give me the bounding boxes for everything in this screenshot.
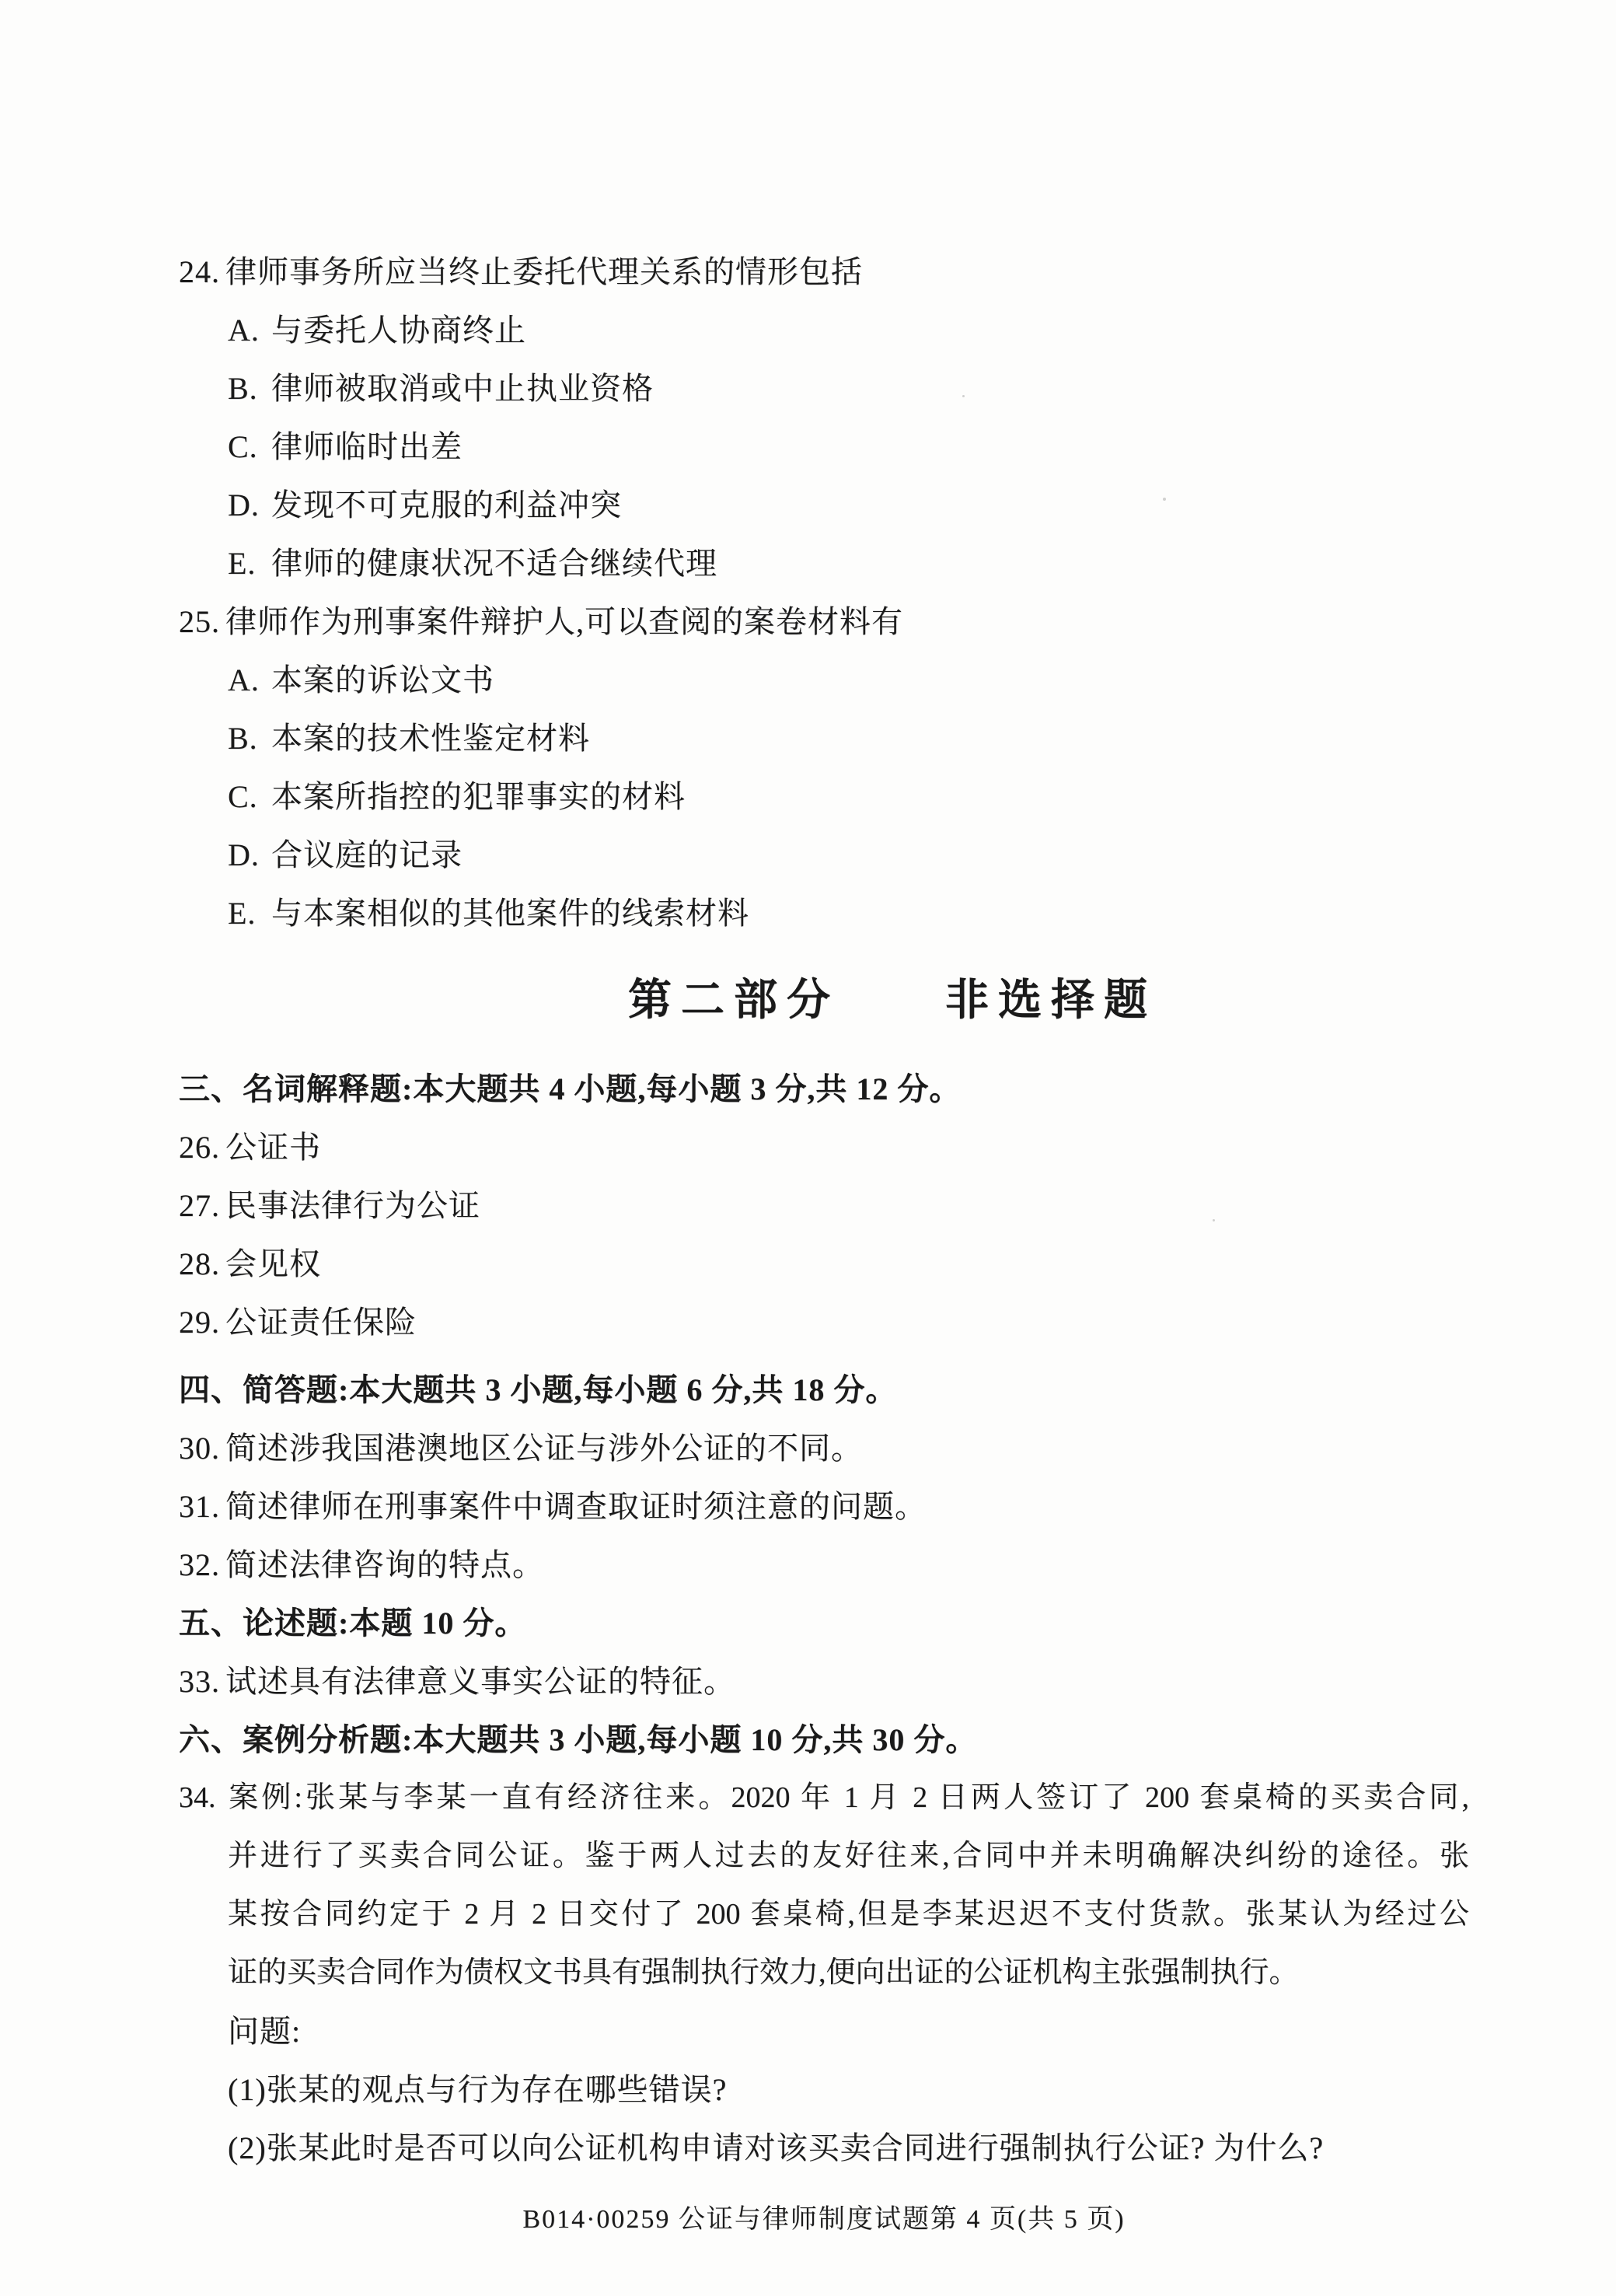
- question-30-number: 30.: [179, 1419, 225, 1477]
- question-29-number: 29.: [179, 1293, 225, 1351]
- question-24-option-d: D.发现不可克服的利益冲突: [179, 476, 1469, 534]
- question-28: 28.会见权: [179, 1235, 1469, 1293]
- question-24-option-a: A.与委托人协商终止: [179, 301, 1469, 359]
- scan-speckle: [1163, 498, 1166, 501]
- question-24-option-b: B.律师被取消或中止执业资格: [179, 359, 1469, 418]
- section-5-title: 五、论述题:本题 10 分。: [179, 1594, 1469, 1652]
- section-4-title: 四、简答题:本大题共 3 小题,每小题 6 分,共 18 分。: [179, 1361, 1469, 1419]
- question-34-line-2: 并进行了买卖合同公证。鉴于两人过去的友好往来,合同中并未明确解决纠纷的途径。张: [179, 1827, 1469, 1885]
- option-text: 律师的健康状况不适合继续代理: [271, 546, 717, 581]
- question-25: 25.律师作为刑事案件辩护人,可以查阅的案卷材料有: [179, 592, 1469, 651]
- section-6-title: 六、案例分析题:本大题共 3 小题,每小题 10 分,共 30 分。: [179, 1711, 1469, 1769]
- option-label: C.: [228, 767, 271, 826]
- question-25-number: 25.: [179, 592, 225, 651]
- option-text: 本案所指控的犯罪事实的材料: [271, 779, 686, 814]
- option-label: B.: [228, 359, 271, 418]
- question-25-text: 律师作为刑事案件辩护人,可以查阅的案卷材料有: [225, 604, 903, 639]
- question-32-number: 32.: [179, 1536, 225, 1594]
- option-label: D.: [228, 826, 271, 884]
- scan-speckle: [962, 395, 965, 397]
- option-text: 本案的技术性鉴定材料: [271, 721, 590, 756]
- question-28-text: 会见权: [225, 1246, 321, 1281]
- question-32-text: 简述法律咨询的特点。: [225, 1547, 544, 1582]
- exam-paper-page: 24.律师事务所应当终止委托代理关系的情形包括 A.与委托人协商终止 B.律师被…: [0, 0, 1616, 2296]
- question-34-sub-question-1: (1)张某的观点与行为存在哪些错误?: [179, 2060, 1469, 2119]
- question-27-text: 民事法律行为公证: [225, 1188, 480, 1223]
- scan-speckle: [1213, 1219, 1215, 1221]
- question-26-text: 公证书: [225, 1130, 321, 1165]
- option-text: 与委托人协商终止: [271, 313, 526, 348]
- question-34-text-1: 案例:张某与李某一直有经济往来。2020 年 1 月 2 日两人签订了 200 …: [225, 1781, 1469, 1814]
- question-25-option-e: E.与本案相似的其他案件的线索材料: [179, 884, 1469, 942]
- question-24-text: 律师事务所应当终止委托代理关系的情形包括: [225, 254, 863, 289]
- question-29: 29.公证责任保险: [179, 1293, 1469, 1351]
- option-text: 与本案相似的其他案件的线索材料: [271, 896, 749, 931]
- option-text: 发现不可克服的利益冲突: [271, 488, 622, 522]
- option-label: A.: [228, 651, 271, 709]
- option-label: A.: [228, 301, 271, 359]
- question-25-option-a: A.本案的诉讼文书: [179, 651, 1469, 709]
- question-34-prompt-label: 问题:: [179, 2002, 1469, 2060]
- question-33-text: 试述具有法律意义事实公证的特征。: [225, 1664, 735, 1699]
- question-33-number: 33.: [179, 1652, 225, 1711]
- page-content: 24.律师事务所应当终止委托代理关系的情形包括 A.与委托人协商终止 B.律师被…: [0, 0, 1616, 2243]
- question-30-text: 简述涉我国港澳地区公证与涉外公证的不同。: [225, 1431, 863, 1466]
- option-label: E.: [228, 534, 271, 592]
- option-text: 本案的诉讼文书: [271, 662, 494, 697]
- question-27: 27.民事法律行为公证: [179, 1176, 1469, 1235]
- question-26: 26.公证书: [179, 1118, 1469, 1176]
- question-34-line-3: 某按合同约定于 2 月 2 日交付了 200 套桌椅,但是李某迟迟不支付货款。张…: [179, 1885, 1469, 1944]
- question-31-number: 31.: [179, 1477, 225, 1536]
- option-label: E.: [228, 884, 271, 942]
- question-24-option-c: C.律师临时出差: [179, 418, 1469, 476]
- question-24-number: 24.: [179, 243, 225, 301]
- question-24: 24.律师事务所应当终止委托代理关系的情形包括: [179, 243, 1469, 301]
- option-text: 合议庭的记录: [271, 837, 462, 872]
- question-31-text: 简述律师在刑事案件中调查取证时须注意的问题。: [225, 1489, 927, 1524]
- question-32: 32.简述法律咨询的特点。: [179, 1536, 1469, 1594]
- question-30: 30.简述涉我国港澳地区公证与涉外公证的不同。: [179, 1419, 1469, 1477]
- question-25-option-b: B.本案的技术性鉴定材料: [179, 709, 1469, 767]
- option-label: B.: [228, 709, 271, 767]
- question-34-line-4: 证的买卖合同作为债权文书具有强制执行效力,便向出证的公证机构主张强制执行。: [179, 1944, 1469, 2002]
- question-26-number: 26.: [179, 1118, 225, 1176]
- option-text: 律师临时出差: [271, 429, 462, 464]
- question-29-text: 公证责任保险: [225, 1305, 417, 1340]
- option-label: C.: [228, 418, 271, 476]
- question-28-number: 28.: [179, 1235, 225, 1293]
- page-footer: B014·00259 公证与律师制度试题第 4 页(共 5 页): [179, 2196, 1469, 2243]
- question-25-option-d: D.合议庭的记录: [179, 826, 1469, 884]
- question-34-sub-question-2: (2)张某此时是否可以向公证机构申请对该买卖合同进行强制执行公证? 为什么?: [179, 2119, 1469, 2177]
- option-label: D.: [228, 476, 271, 534]
- question-34-number: 34.: [179, 1769, 225, 1827]
- section-3-title: 三、名词解释题:本大题共 4 小题,每小题 3 分,共 12 分。: [179, 1060, 1469, 1118]
- question-34-line-1: 34.案例:张某与李某一直有经济往来。2020 年 1 月 2 日两人签订了 2…: [179, 1769, 1469, 1827]
- question-24-option-e: E.律师的健康状况不适合继续代理: [179, 534, 1469, 592]
- option-text: 律师被取消或中止执业资格: [271, 371, 654, 406]
- part2-heading: 第二部分 非选择题: [179, 966, 1469, 1036]
- question-27-number: 27.: [179, 1176, 225, 1235]
- question-25-option-c: C.本案所指控的犯罪事实的材料: [179, 767, 1469, 826]
- question-33: 33.试述具有法律意义事实公证的特征。: [179, 1652, 1469, 1711]
- question-31: 31.简述律师在刑事案件中调查取证时须注意的问题。: [179, 1477, 1469, 1536]
